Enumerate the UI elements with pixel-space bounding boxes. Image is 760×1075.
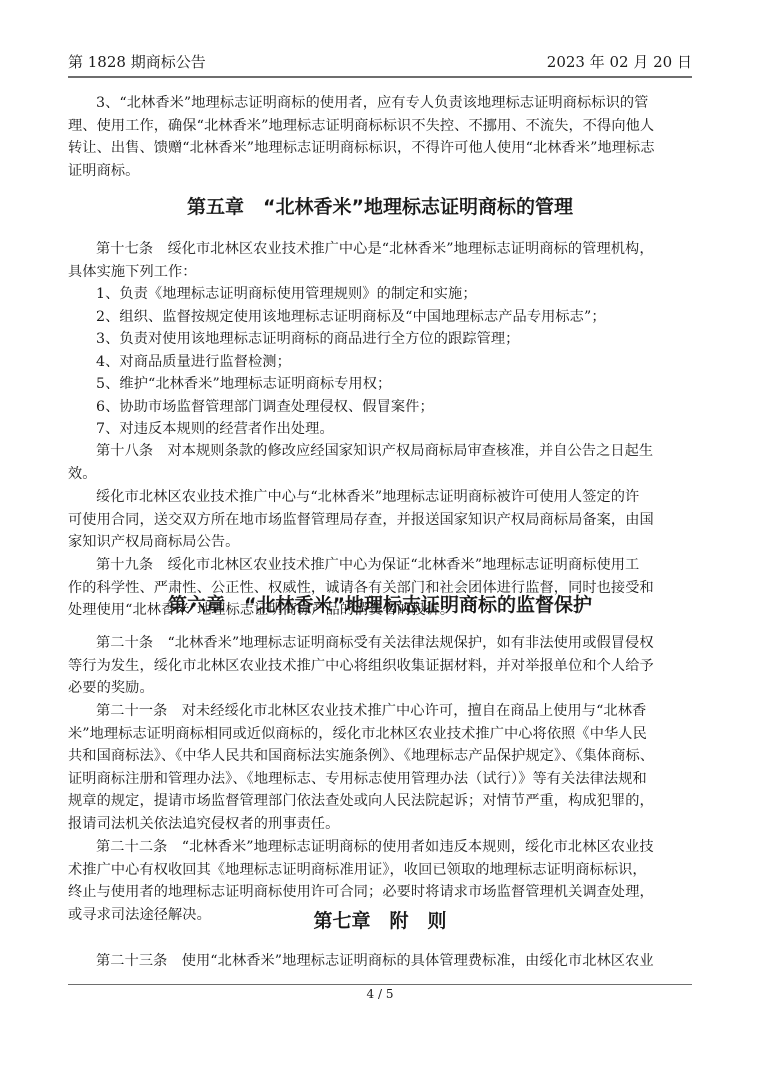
text-line: 第十七条 绥化市北林区农业技术推广中心是“北林香米”地理标志证明商标的管理机构， (68, 238, 692, 261)
list-item: 4、对商品质量进行监督检测； (68, 351, 692, 374)
text-line: 共和国商标法》、《中华人民共和国商标法实施条例》、《地理标志产品保护规定》、《集… (68, 745, 692, 768)
text-line: 证明商标。 (68, 160, 692, 183)
header-divider (68, 76, 692, 78)
text-line: 转让、出售、馈赠“北林香米”地理标志证明商标标识，不得许可他人使用“北林香米”地… (68, 137, 692, 160)
footer-divider (68, 984, 692, 985)
list-item: 5、维护“北林香米”地理标志证明商标专用权； (68, 373, 692, 396)
chapter-5-heading: 第五章 “北林香米”地理标志证明商标的管理 (68, 194, 692, 220)
article-18: 第十八条 对本规则条款的修改应经国家知识产权局商标局审查核准，并自公告之日起生 … (68, 440, 692, 485)
page-header: 第 1828 期商标公告 2023 年 02 月 20 日 (68, 52, 692, 74)
text-line: 终止与使用者的地理标志证明商标使用许可合同；必要时将请求市场监督管理机关调查处理… (68, 881, 692, 904)
text-line: 第二十二条 “北林香米”地理标志证明商标的使用者如违反本规则，绥化市北林区农业技 (68, 836, 692, 859)
text-line: 绥化市北林区农业技术推广中心与“北林香米”地理标志证明商标被许可使用人签定的许 (68, 486, 692, 509)
text-line: 具体实施下列工作： (68, 261, 692, 284)
text-line: 证明商标注册和管理办法》、《地理标志、专用标志使用管理办法（试行）》等有关法律法… (68, 768, 692, 791)
list-item: 2、组织、监督按规定使用该地理标志证明商标及“中国地理标志产品专用标志”； (68, 306, 692, 329)
list-item: 6、协助市场监督管理部门调查处理侵权、假冒案件； (68, 396, 692, 419)
page-number: 4 / 5 (68, 986, 692, 1002)
chapter-7-heading: 第七章 附 则 (68, 908, 692, 934)
text-line: 理、使用工作，确保“北林香米”地理标志证明商标标识不失控、不挪用、不流失，不得向… (68, 115, 692, 138)
license-paragraph: 绥化市北林区农业技术推广中心与“北林香米”地理标志证明商标被许可使用人签定的许 … (68, 486, 692, 554)
article-17: 第十七条 绥化市北林区农业技术推广中心是“北林香米”地理标志证明商标的管理机构，… (68, 238, 692, 441)
article-23: 第二十三条 使用“北林香米”地理标志证明商标的具体管理费标准，由绥化市北林区农业 (68, 950, 692, 973)
text-line: 第二十条 “北林香米”地理标志证明商标受有关法律法规保护，如有非法使用或假冒侵权 (68, 632, 692, 655)
text-line: 第十八条 对本规则条款的修改应经国家知识产权局商标局审查核准，并自公告之日起生 (68, 440, 692, 463)
text-line: 第二十一条 对未经绥化市北林区农业技术推广中心许可，擅自在商品上使用与“北林香 (68, 700, 692, 723)
paragraph-item-3: 3、“北林香米”地理标志证明商标的使用者，应有专人负责该地理标志证明商标标识的管… (68, 92, 692, 182)
text-line: 家知识产权局商标局公告。 (68, 531, 692, 554)
text-line: 米”地理标志证明商标相同或近似商标的，绥化市北林区农业技术推广中心将依照《中华人… (68, 723, 692, 746)
list-item: 1、负责《地理标志证明商标使用管理规则》的制定和实施； (68, 283, 692, 306)
text-line: 可使用合同，送交双方所在地市场监督管理局存查，并报送国家知识产权局商标局备案，由… (68, 509, 692, 532)
text-line: 等行为发生，绥化市北林区农业技术推广中心将组织收集证据材料，并对举报单位和个人给… (68, 655, 692, 678)
text-line: 第十九条 绥化市北林区农业技术推广中心为保证“北林香米”地理标志证明商标使用工 (68, 554, 692, 577)
article-21: 第二十一条 对未经绥化市北林区农业技术推广中心许可，擅自在商品上使用与“北林香 … (68, 700, 692, 835)
text-line: 规章的规定，提请市场监督管理部门依法查处或向人民法院起诉；对情节严重，构成犯罪的… (68, 790, 692, 813)
text-line: 3、“北林香米”地理标志证明商标的使用者，应有专人负责该地理标志证明商标标识的管 (68, 92, 692, 115)
text-line: 必要的奖励。 (68, 677, 692, 700)
text-line: 效。 (68, 463, 692, 486)
text-line: 第二十三条 使用“北林香米”地理标志证明商标的具体管理费标准，由绥化市北林区农业 (68, 950, 692, 973)
article-20: 第二十条 “北林香米”地理标志证明商标受有关法律法规保护，如有非法使用或假冒侵权… (68, 632, 692, 700)
list-item: 7、对违反本规则的经营者作出处理。 (68, 418, 692, 441)
text-line: 报请司法机关依法追究侵权者的刑事责任。 (68, 813, 692, 836)
text-line: 术推广中心有权收回其《地理标志证明商标准用证》，收回已领取的地理标志证明商标标识… (68, 859, 692, 882)
chapter-6-heading: 第六章 “北林香米”地理标志证明商标的监督保护 (68, 592, 692, 618)
publication-date: 2023 年 02 月 20 日 (547, 52, 692, 72)
list-item: 3、负责对使用该地理标志证明商标的商品进行全方位的跟踪管理； (68, 328, 692, 351)
issue-number: 第 1828 期商标公告 (68, 52, 206, 72)
